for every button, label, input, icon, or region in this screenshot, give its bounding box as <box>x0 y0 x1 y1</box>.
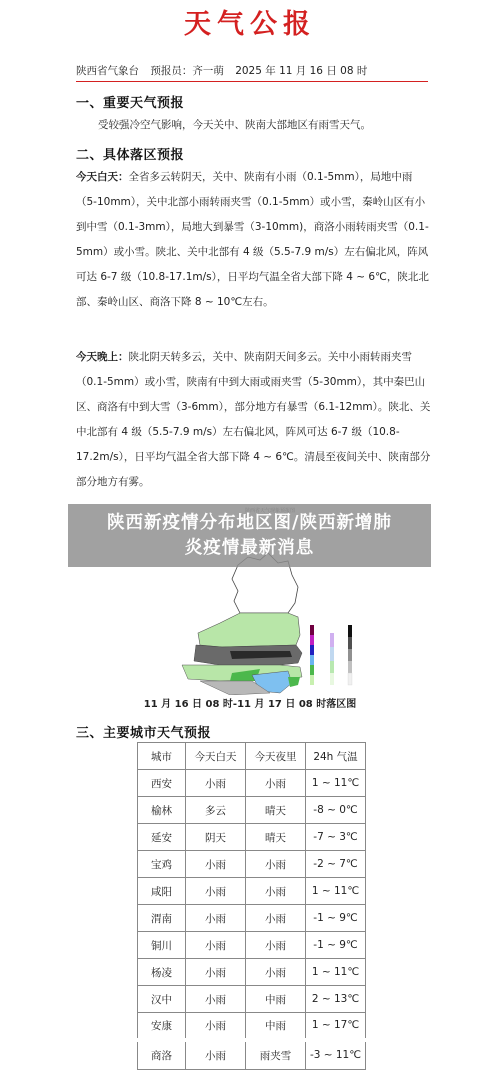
cell-night: 小雨 <box>246 932 306 959</box>
cell-temp: -8 ~ 0℃ <box>306 797 366 824</box>
section2-heading: 二、具体落区预报 <box>76 144 184 163</box>
cell-day: 多云 <box>186 797 246 824</box>
night-label: 今天晚上： <box>76 351 129 363</box>
header-day: 今天白天 <box>186 743 246 770</box>
legend-rain <box>310 625 314 685</box>
bulletin-title: 天气公报 <box>0 2 500 41</box>
cell-temp: -3 ~ 11℃ <box>306 1040 366 1070</box>
header-city: 城市 <box>138 743 186 770</box>
forecaster: 预报员：齐一萌 <box>150 65 224 77</box>
cell-day: 小雨 <box>186 959 246 986</box>
cell-day: 小雨 <box>186 986 246 1013</box>
cell-temp: 1 ~ 11℃ <box>306 770 366 797</box>
cell-city: 汉中 <box>138 986 186 1013</box>
cell-city: 铜川 <box>138 932 186 959</box>
cell-day: 小雨 <box>186 932 246 959</box>
cell-city: 咸阳 <box>138 878 186 905</box>
headline-line1: 陕西新疫情分布地区图/陕西新增肺 <box>107 511 392 536</box>
section1-heading: 一、重要天气预报 <box>76 92 184 111</box>
cell-day: 小雨 <box>186 878 246 905</box>
cell-temp: -1 ~ 9℃ <box>306 932 366 959</box>
cell-night: 中雨 <box>246 986 306 1013</box>
day-label: 今天白天： <box>76 171 129 183</box>
cell-city: 商洛 <box>138 1040 186 1070</box>
cell-night: 小雨 <box>246 770 306 797</box>
cell-city: 杨凌 <box>138 959 186 986</box>
table-row: 咸阳 小雨 小雨 1 ~ 11℃ <box>138 878 366 905</box>
table-row: 杨凌 小雨 小雨 1 ~ 11℃ <box>138 959 366 986</box>
night-text: 陕北阴天转多云，关中、陕南阴天间多云。关中小雨转雨夹雪（0.1-5mm）或小雪，… <box>76 351 430 488</box>
cell-day: 阴天 <box>186 824 246 851</box>
night-forecast: 今天晚上：陕北阴天转多云，关中、陕南阴天间多云。关中小雨转雨夹雪（0.1-5mm… <box>76 345 432 495</box>
cell-day: 小雨 <box>186 905 246 932</box>
cell-temp: 1 ~ 17℃ <box>306 1013 366 1040</box>
table-header: 城市 今天白天 今天夜里 24h 气温 <box>138 743 366 770</box>
cell-night: 晴天 <box>246 797 306 824</box>
section1-text: 受较强冷空气影响，今天关中、陕南大部地区有雨雪天气。 <box>98 113 438 138</box>
header-night: 今天夜里 <box>246 743 306 770</box>
table-row: 西安 小雨 小雨 1 ~ 11℃ <box>138 770 366 797</box>
table-row: 宝鸡 小雨 小雨 -2 ~ 7℃ <box>138 851 366 878</box>
table-row: 铜川 小雨 小雨 -1 ~ 9℃ <box>138 932 366 959</box>
cell-night: 小雨 <box>246 959 306 986</box>
cell-city: 延安 <box>138 824 186 851</box>
city-weather-table: 城市 今天白天 今天夜里 24h 气温 西安 小雨 小雨 1 ~ 11℃ 榆林 … <box>137 742 366 1070</box>
cell-temp: 1 ~ 11℃ <box>306 878 366 905</box>
cell-temp: -1 ~ 9℃ <box>306 905 366 932</box>
legend-sleet <box>330 633 334 685</box>
cell-city: 安康 <box>138 1013 186 1040</box>
cell-night: 晴天 <box>246 824 306 851</box>
table-row: 安康 小雨 中雨 1 ~ 17℃ <box>138 1013 366 1040</box>
cell-day: 小雨 <box>186 1040 246 1070</box>
table-row: 延安 阴天 晴天 -7 ~ 3℃ <box>138 824 366 851</box>
cell-night: 小雨 <box>246 851 306 878</box>
cell-night: 小雨 <box>246 878 306 905</box>
headline-line2: 炎疫情最新消息 <box>185 536 315 561</box>
legend-snow <box>348 625 352 685</box>
cell-temp: -2 ~ 7℃ <box>306 851 366 878</box>
agency: 陕西省气象台 <box>76 65 139 77</box>
cell-night: 中雨 <box>246 1013 306 1040</box>
cell-night: 雨夹雪 <box>246 1040 306 1070</box>
cell-city: 榆林 <box>138 797 186 824</box>
day-text: 全省多云转阴天，关中、陕南有小雨（0.1-5mm），局地中雨（5-10mm），关… <box>76 171 429 308</box>
cell-city: 渭南 <box>138 905 186 932</box>
table-row: 渭南 小雨 小雨 -1 ~ 9℃ <box>138 905 366 932</box>
header-temp: 24h 气温 <box>306 743 366 770</box>
bulletin-byline: 陕西省气象台 预报员：齐一萌 2025 年 11 月 16 日 08 时 <box>76 63 428 82</box>
cell-temp: 1 ~ 11℃ <box>306 959 366 986</box>
cell-day: 小雨 <box>186 770 246 797</box>
cell-day: 小雨 <box>186 1013 246 1040</box>
cell-night: 小雨 <box>246 905 306 932</box>
table-row: 商洛 小雨 雨夹雪 -3 ~ 11℃ <box>138 1040 366 1070</box>
headline-overlay[interactable]: 陕西新疫情分布地区图/陕西新增肺 炎疫情最新消息 <box>68 504 431 567</box>
section3-heading: 三、主要城市天气预报 <box>76 722 211 741</box>
cell-city: 西安 <box>138 770 186 797</box>
map-caption: 11 月 16 日 08 时-11 月 17 日 08 时落区图 <box>0 695 500 710</box>
cell-temp: -7 ~ 3℃ <box>306 824 366 851</box>
table-row: 汉中 小雨 中雨 2 ~ 13℃ <box>138 986 366 1013</box>
cell-day: 小雨 <box>186 851 246 878</box>
day-forecast: 今天白天：全省多云转阴天，关中、陕南有小雨（0.1-5mm），局地中雨（5-10… <box>76 165 432 315</box>
issue-datetime: 2025 年 11 月 16 日 08 时 <box>235 65 367 77</box>
cell-city: 宝鸡 <box>138 851 186 878</box>
table-row: 榆林 多云 晴天 -8 ~ 0℃ <box>138 797 366 824</box>
cell-temp: 2 ~ 13℃ <box>306 986 366 1013</box>
